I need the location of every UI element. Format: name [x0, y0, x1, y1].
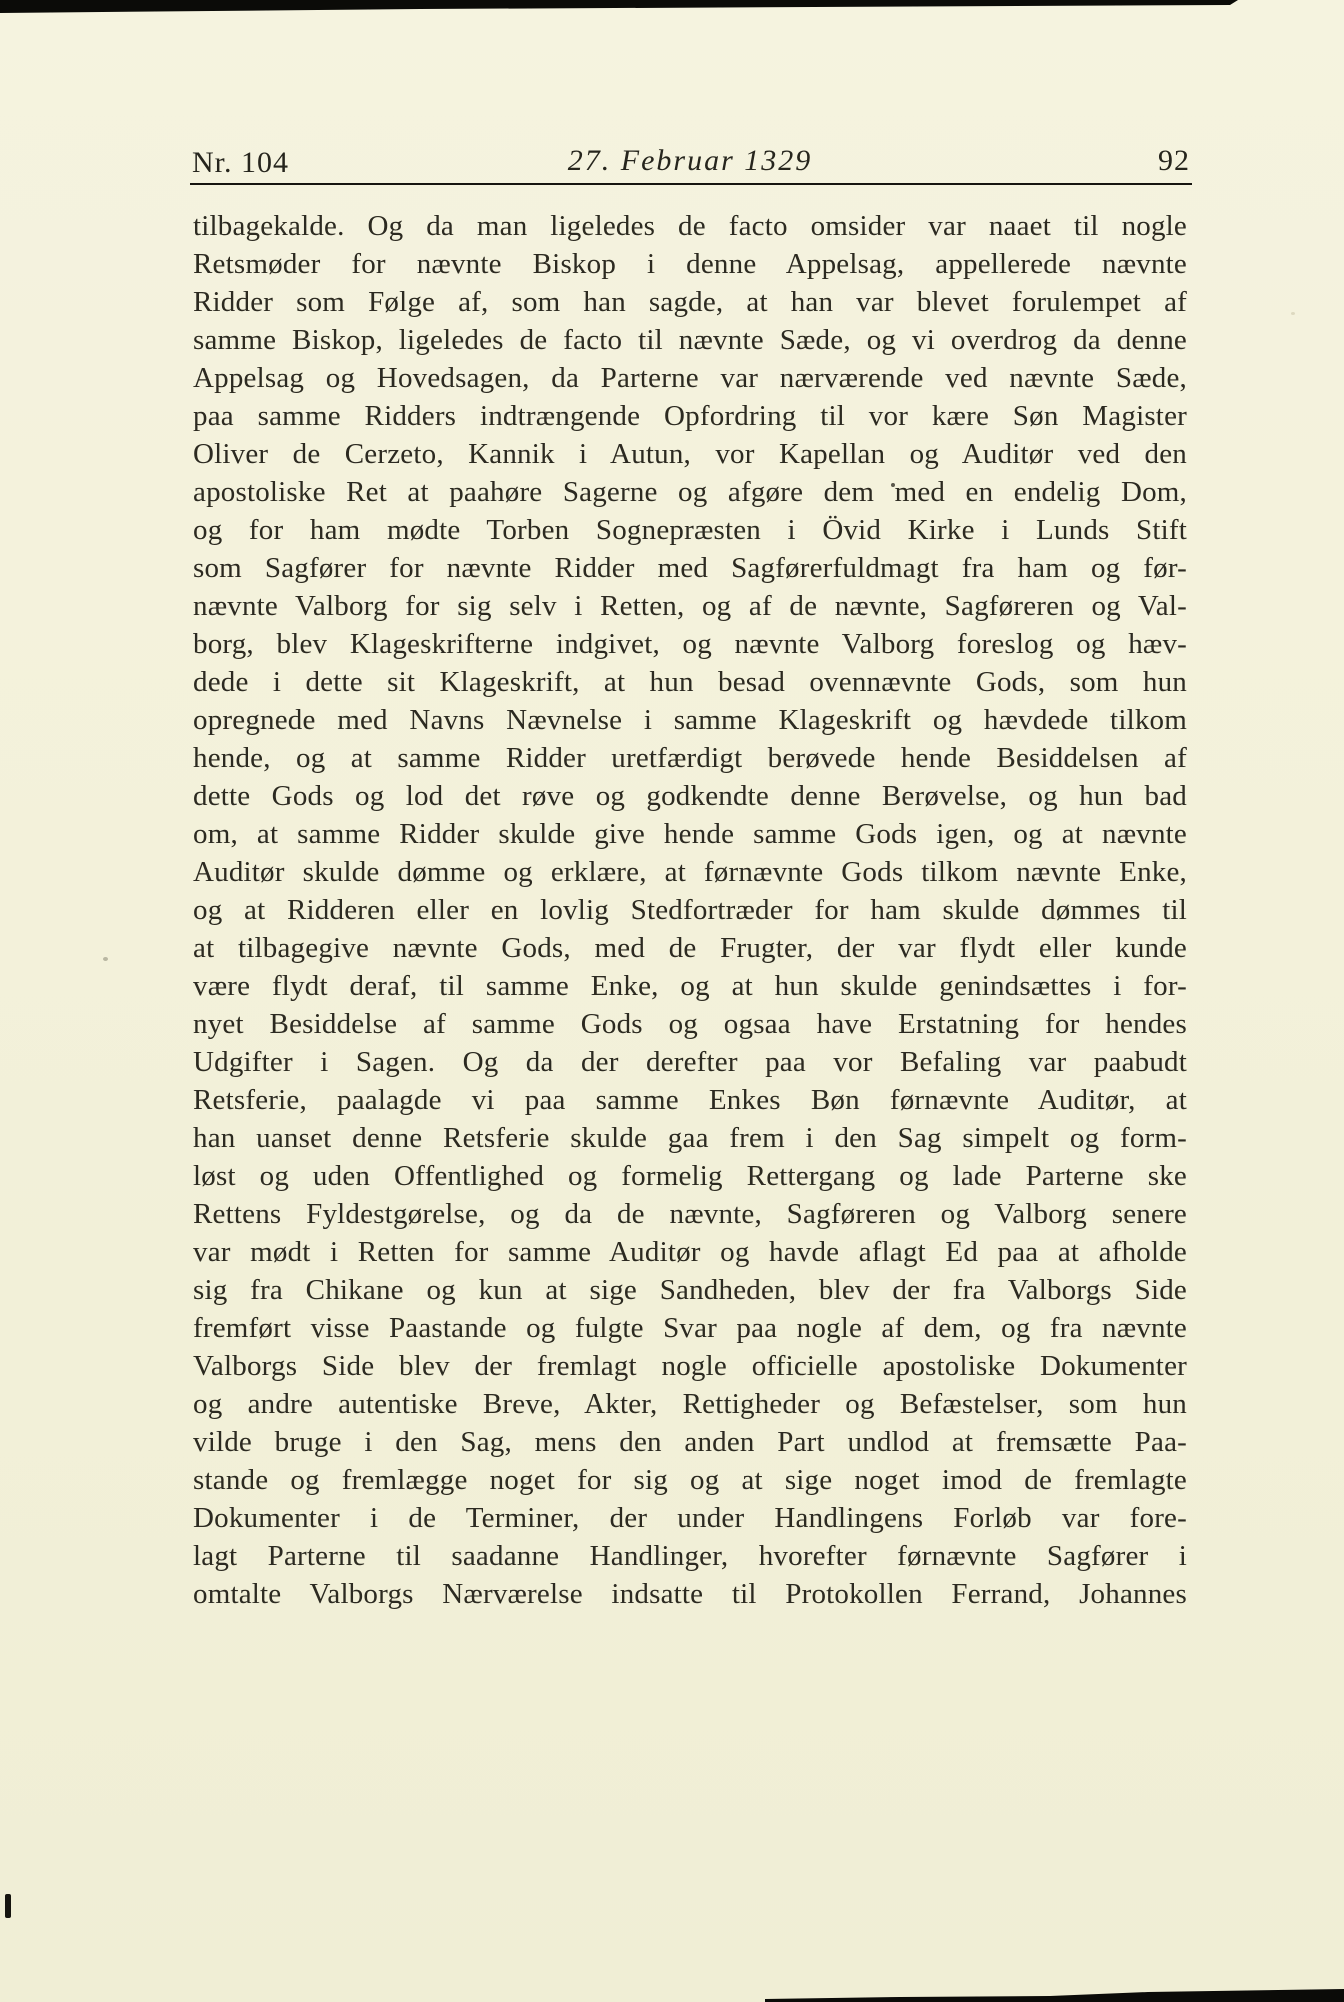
text-line: Retsmøder for nævnte Biskop i denne Appe… — [193, 245, 1187, 283]
text-line: tilbagekalde. Og da man ligeledes de fac… — [193, 207, 1187, 245]
scan-speck — [1291, 312, 1295, 315]
text-line: lagt Parterne til saadanne Handlinger, h… — [193, 1537, 1187, 1575]
scan-speck — [103, 957, 108, 961]
text-line: Dokumenter i de Terminer, der under Hand… — [193, 1499, 1187, 1537]
text-line: sig fra Chikane og kun at sige Sandheden… — [193, 1271, 1187, 1309]
scan-edge-top — [0, 0, 1344, 14]
text-line: nævnte Valborg for sig selv i Retten, og… — [193, 587, 1187, 625]
scan-edge-bottom — [0, 1986, 1344, 2002]
text-line: Valborgs Side blev der fremlagt nogle of… — [193, 1347, 1187, 1385]
text-line: om, at samme Ridder skulde give hende sa… — [193, 815, 1187, 853]
text-line: dede i dette sit Klageskrift, at hun bes… — [193, 663, 1187, 701]
text-line: Auditør skulde dømme og erklære, at førn… — [193, 853, 1187, 891]
text-line: Retsferie, paalagde vi paa samme Enkes B… — [193, 1081, 1187, 1119]
text-line: løst og uden Offentlighed og formelig Re… — [193, 1157, 1187, 1195]
scan-mark-left-edge — [5, 1894, 11, 1918]
document-number: Nr. 104 — [192, 146, 289, 180]
text-line: paa samme Ridders indtrængende Opfordrin… — [193, 397, 1187, 435]
text-line: Appelsag og Hovedsagen, da Parterne var … — [193, 359, 1187, 397]
text-line: vilde bruge i den Sag, mens den anden Pa… — [193, 1423, 1187, 1461]
text-line: Rettens Fyldestgørelse, og da de nævnte,… — [193, 1195, 1187, 1233]
text-line: Udgifter i Sagen. Og da der derefter paa… — [193, 1043, 1187, 1081]
text-line: borg, blev Klageskrifterne indgivet, og … — [193, 625, 1187, 663]
text-line: Oliver de Cerzeto, Kannik i Autun, vor K… — [193, 435, 1187, 473]
text-line: og andre autentiske Breve, Akter, Rettig… — [193, 1385, 1187, 1423]
text-line: hende, og at samme Ridder uretfærdigt be… — [193, 739, 1187, 777]
text-line: fremført visse Paastande og fulgte Svar … — [193, 1309, 1187, 1347]
text-line: apostoliske Ret at paahøre Sagerne og af… — [193, 473, 1187, 511]
text-line: være flydt deraf, til samme Enke, og at … — [193, 967, 1187, 1005]
scanned-book-page: Nr. 104 27. Februar 1329 92 tilbagekalde… — [0, 0, 1344, 2002]
scan-speck — [891, 483, 895, 487]
text-line: som Sagfører for nævnte Ridder med Sagfø… — [193, 549, 1187, 587]
body-text: tilbagekalde. Og da man ligeledes de fac… — [193, 207, 1187, 1613]
header-date: 27. Februar 1329 — [568, 144, 813, 178]
text-line: at tilbagegive nævnte Gods, med de Frugt… — [193, 929, 1187, 967]
text-line: omtalte Valborgs Nærværelse indsatte til… — [193, 1575, 1187, 1613]
text-line: stande og fremlægge noget for sig og at … — [193, 1461, 1187, 1499]
text-line: opregnede med Navns Nævnelse i samme Kla… — [193, 701, 1187, 739]
text-line: samme Biskop, ligeledes de facto til næv… — [193, 321, 1187, 359]
text-line: dette Gods og lod det røve og godkendte … — [193, 777, 1187, 815]
text-line: var mødt i Retten for samme Auditør og h… — [193, 1233, 1187, 1271]
text-line: og for ham mødte Torben Sognepræsten i Ö… — [193, 511, 1187, 549]
text-line: og at Ridderen eller en lovlig Stedfortr… — [193, 891, 1187, 929]
text-line: han uanset denne Retsferie skulde gaa fr… — [193, 1119, 1187, 1157]
page-number: 92 — [1158, 144, 1190, 178]
text-line: Ridder som Følge af, som han sagde, at h… — [193, 283, 1187, 321]
text-line: nyet Besiddelse af samme Gods og ogsaa h… — [193, 1005, 1187, 1043]
header-rule — [190, 183, 1192, 185]
page-header: Nr. 104 27. Februar 1329 92 — [190, 146, 1190, 182]
